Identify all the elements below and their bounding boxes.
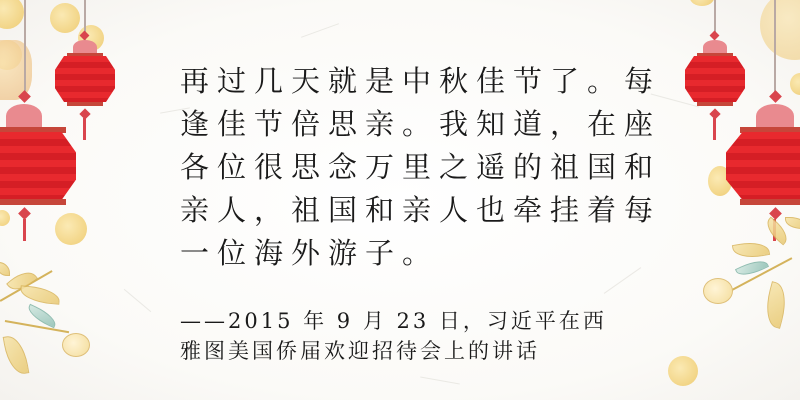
coin-icon — [668, 356, 698, 386]
quote-line: 一位海外游子。 — [180, 232, 640, 275]
left-decoration — [0, 0, 170, 400]
moon-cake-icon — [760, 0, 800, 60]
paper-fiber — [420, 377, 460, 385]
moon-cake-icon — [0, 40, 32, 100]
paper-fiber — [301, 23, 339, 38]
coin-icon — [690, 0, 714, 6]
flower-bud-icon — [62, 333, 90, 357]
lantern-icon — [0, 92, 76, 242]
attribution-line: ——2015 年 9 月 23 日，习近平在西 — [180, 306, 607, 336]
quote-line: 再过几天就是中秋佳节了。每 — [180, 60, 640, 103]
lantern-string — [774, 0, 776, 98]
flower-bud-icon — [703, 278, 733, 304]
coin-icon — [50, 3, 80, 33]
quote-line: 亲人，祖国和亲人也牵挂着每 — [180, 189, 640, 232]
quote-line: 各位很思念万里之遥的祖国和 — [180, 146, 640, 189]
coin-icon — [0, 0, 24, 29]
attribution-block: ——2015 年 9 月 23 日，习近平在西 雅图美国侨届欢迎招待会上的讲话 — [180, 306, 607, 366]
attribution-line: 雅图美国侨届欢迎招待会上的讲话 — [180, 336, 607, 366]
quote-line: 逢佳节倍思亲。我知道，在座 — [180, 103, 640, 146]
lantern-string — [24, 0, 26, 98]
quote-block: 再过几天就是中秋佳节了。每 逢佳节倍思亲。我知道，在座 各位很思念万里之遥的祖国… — [180, 60, 640, 275]
